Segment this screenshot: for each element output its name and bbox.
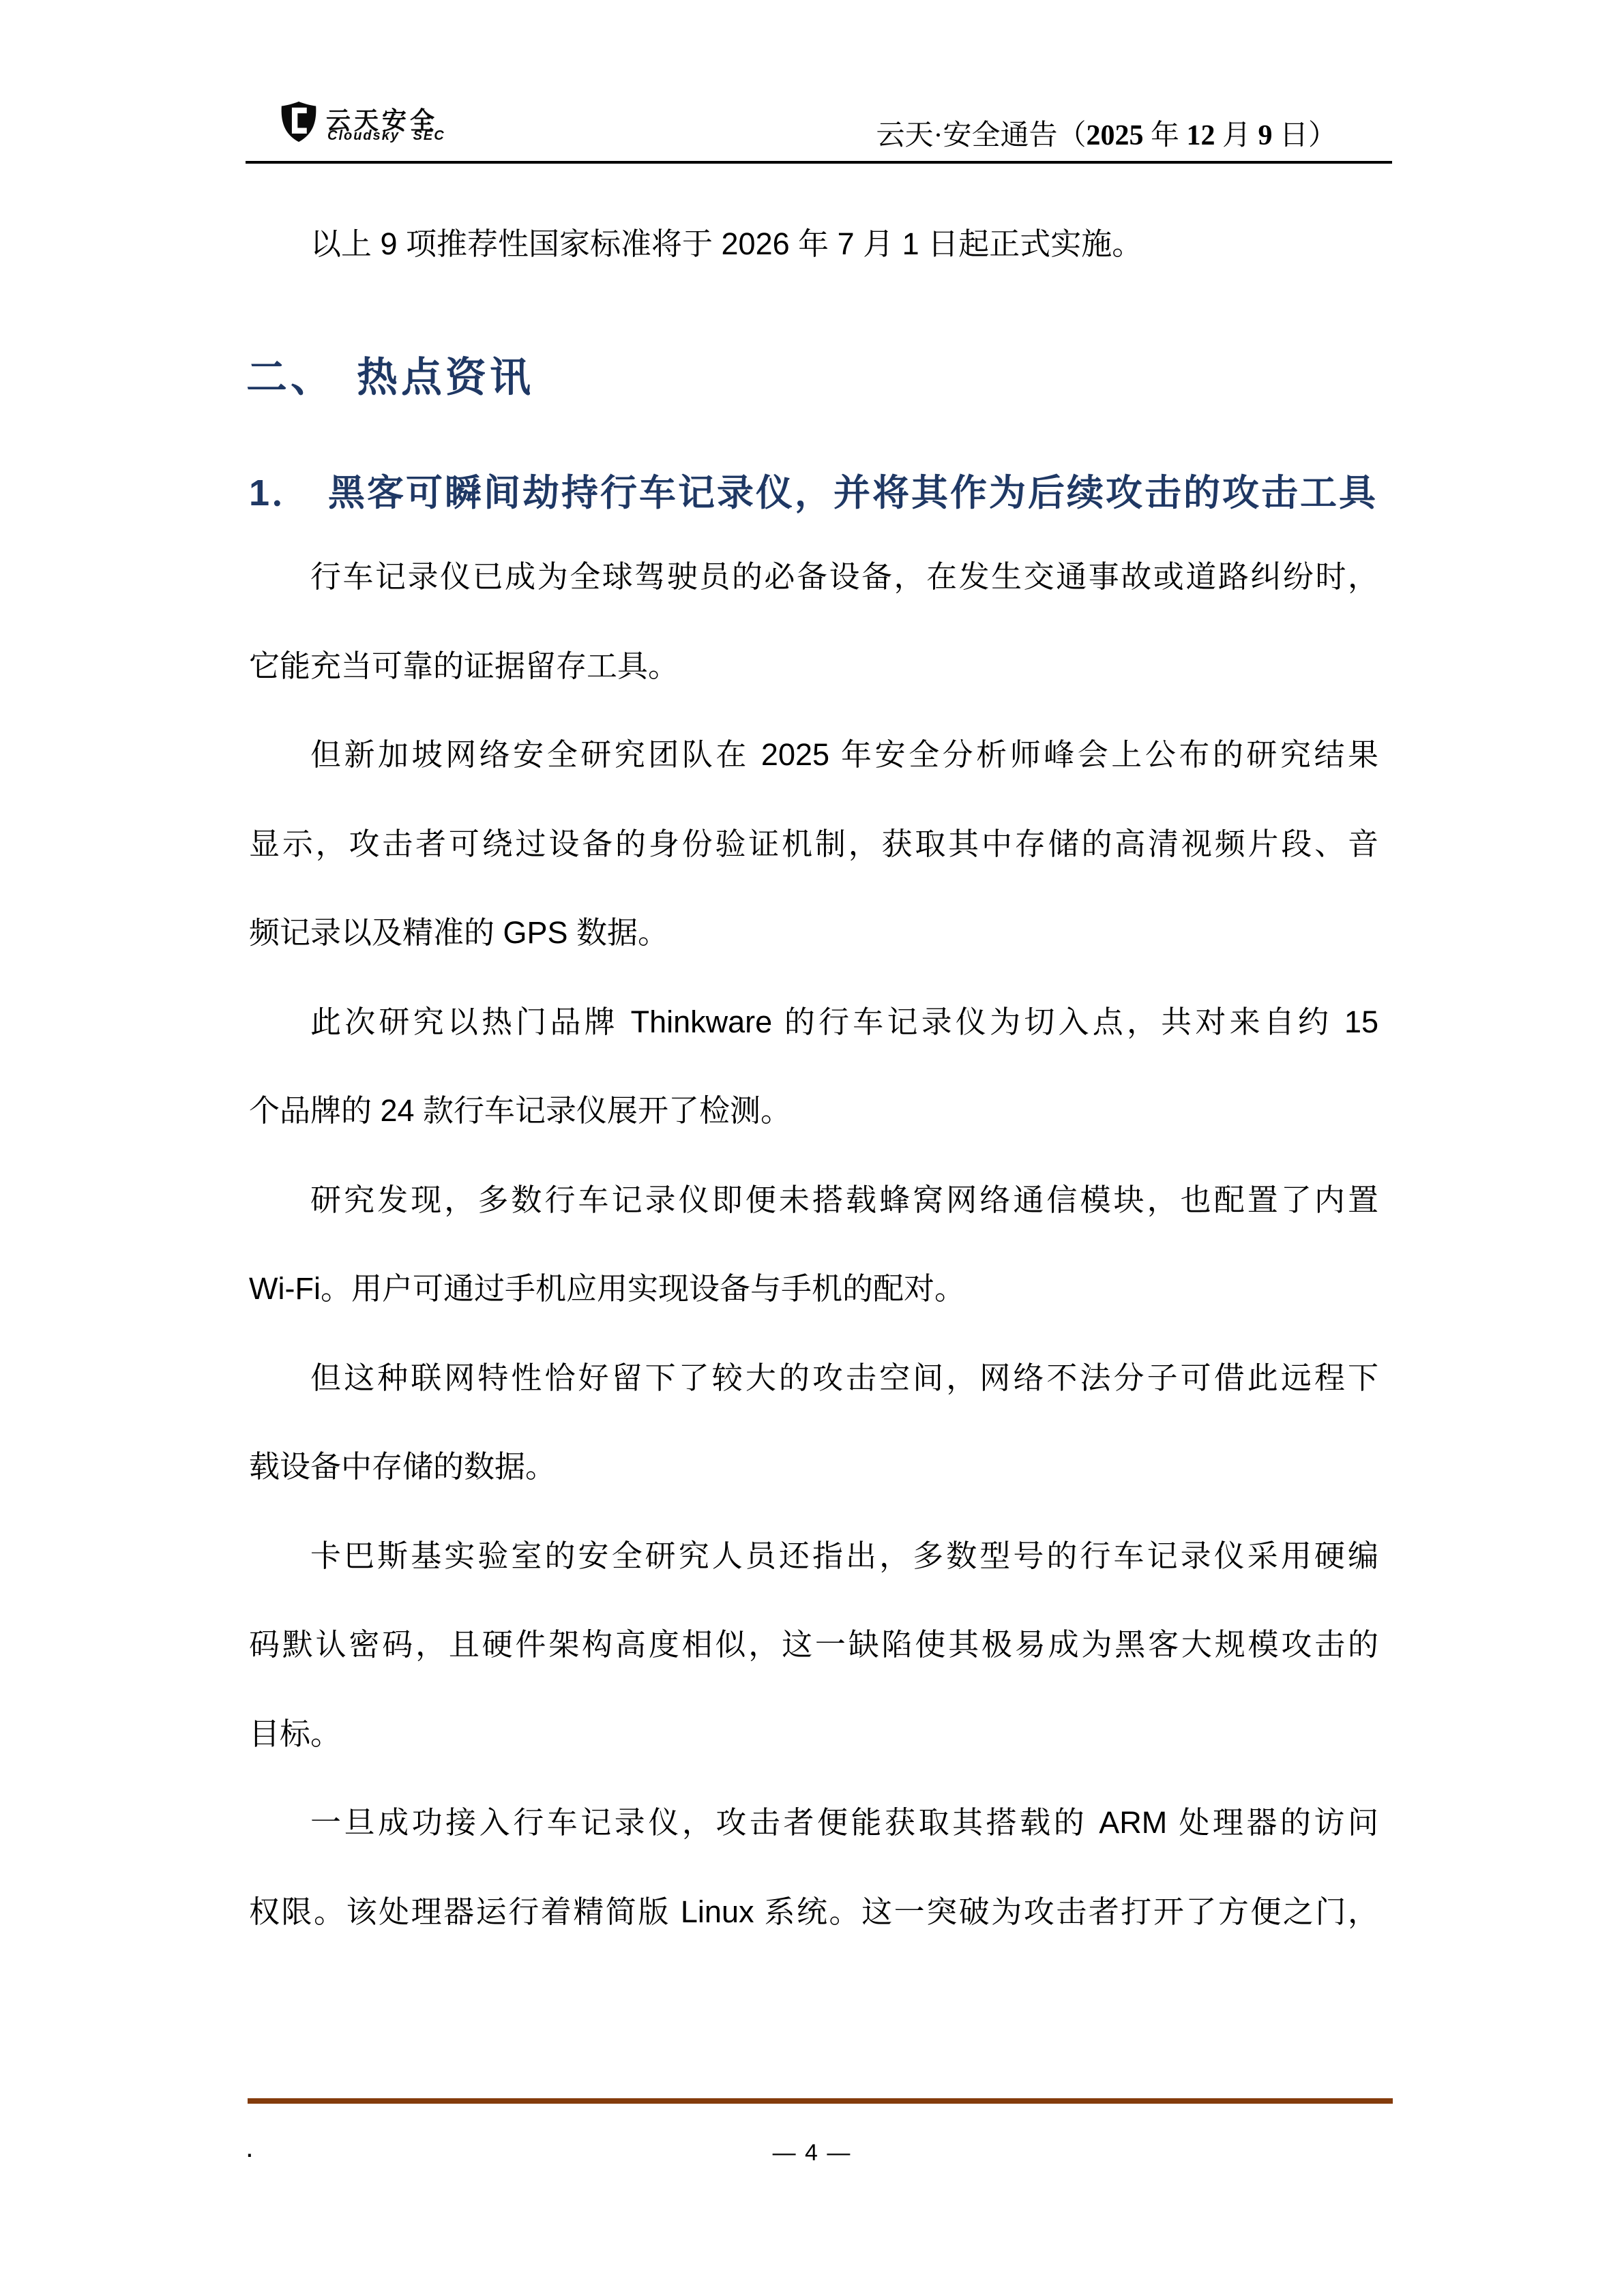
header-title-run: 年 — [1143, 120, 1186, 151]
body-line: Wi-Fi。用户可通过手机应用实现设备与手机的配对。 — [249, 1244, 1378, 1334]
footer-bar — [248, 2098, 1393, 2104]
section-number: 二、 — [246, 355, 335, 400]
header-title-run: 日） — [1272, 120, 1337, 151]
body-line: 行车记录仪已成为全球驾驶员的必备设备，在发生交通事故或道路纠纷时， — [249, 533, 1378, 622]
brand-name-en: Cloudsky SEC — [327, 128, 445, 144]
article-number: 1． — [249, 473, 310, 513]
body-line: 显示，攻击者可绕过设备的身份验证机制，获取其中存储的高清视频片段、音 — [249, 800, 1378, 889]
page-number: — 4 — — [0, 2140, 1624, 2166]
header-title-day: 9 — [1258, 120, 1272, 151]
body-line: 一旦成功接入行车记录仪，攻击者便能获取其搭载的 ARM 处理器的访问 — [249, 1778, 1378, 1868]
section-title: 热点资讯 — [357, 355, 534, 400]
header-title: 云天·安全通告（2025 年 12 月 9 日） — [876, 120, 1337, 151]
body-line: 它能充当可靠的证据留存工具。 — [249, 622, 1378, 711]
body-line: 研究发现，多数行车记录仪即便未搭载蜂窝网络通信模块，也配置了内置 — [249, 1156, 1378, 1245]
header-title-run: 云天·安全通告（ — [876, 120, 1086, 151]
body-line: 码默认密码，且硬件架构高度相似，这一缺陷使其极易成为黑客大规模攻击的 — [249, 1600, 1378, 1690]
header-title-year: 2025 — [1086, 120, 1143, 151]
section-heading: 二、热点资讯 — [246, 345, 534, 404]
body-paragraphs: 行车记录仪已成为全球驾驶员的必备设备，在发生交通事故或道路纠纷时，它能充当可靠的… — [249, 533, 1378, 1956]
shield-c-logo-icon — [280, 100, 318, 143]
body-line: 频记录以及精准的 GPS 数据。 — [249, 889, 1378, 978]
header-title-month: 12 — [1186, 120, 1215, 151]
body-line: 权限。该处理器运行着精简版 Linux 系统。这一突破为攻击者打开了方便之门， — [249, 1868, 1378, 1957]
body-line: 但这种联网特性恰好留下了较大的攻击空间，网络不法分子可借此远程下 — [249, 1334, 1378, 1423]
article-title: 黑客可瞬间劫持行车记录仪，并将其作为后续攻击的攻击工具 — [328, 473, 1378, 513]
body-line: 但新加坡网络安全研究团队在 2025 年安全分析师峰会上公布的研究结果 — [249, 711, 1378, 800]
body-line: 此次研究以热门品牌 Thinkware 的行车记录仪为切入点，共对来自约 15 — [249, 978, 1378, 1067]
body-line: 个品牌的 24 款行车记录仪展开了检测。 — [249, 1067, 1378, 1156]
intro-paragraph: 以上 9 项推荐性国家标准将于 2026 年 7 月 1 日起正式实施。 — [249, 200, 1378, 289]
body-line: 卡巴斯基实验室的安全研究人员还指出，多数型号的行车记录仪采用硬编 — [249, 1512, 1378, 1601]
body-line: 目标。 — [249, 1690, 1378, 1779]
document-page: 云天安全 Cloudsky SEC 云天·安全通告（2025 年 12 月 9 … — [0, 0, 1624, 2296]
article-heading: 1．黑客可瞬间劫持行车记录仪，并将其作为后续攻击的攻击工具 — [249, 464, 1378, 516]
body-line: 载设备中存储的数据。 — [249, 1422, 1378, 1512]
body-line: 以上 9 项推荐性国家标准将于 2026 年 7 月 1 日起正式实施。 — [249, 200, 1378, 289]
header-rule — [246, 161, 1392, 164]
header-title-run: 月 — [1215, 120, 1258, 151]
